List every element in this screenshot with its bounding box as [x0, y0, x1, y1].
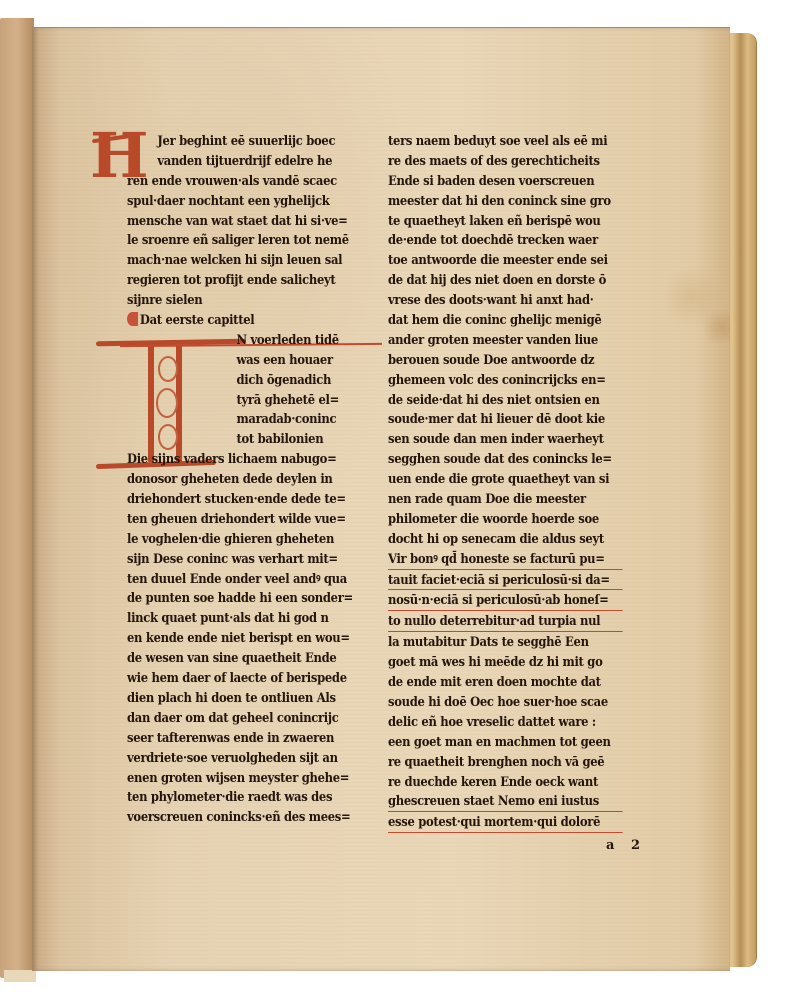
- text-line: soude·mer dat hi lieuer dē doot kie: [388, 409, 623, 429]
- text-line: uen ende die grote quaetheyt van si: [388, 469, 623, 489]
- text-line: re quaetheit brenghen noch vā geē: [388, 752, 623, 772]
- text-line: tyrā ghehetē el=: [127, 390, 357, 410]
- text-line: ten gheuen driehondert wilde vue=: [127, 509, 357, 529]
- text-line: ren ende vrouwen·als vandē scaec: [127, 171, 357, 191]
- text-line: toe antwoorde die meester ende sei: [388, 250, 623, 270]
- text-line: berouen soude Doe antwoorde dz: [388, 350, 623, 370]
- text-line: tot babilonien: [127, 429, 357, 449]
- latin-quotation-line: ghescreuen staet Nemo eni iustus: [388, 791, 623, 812]
- text-line: vrese des doots·want hi anxt had·: [388, 290, 623, 310]
- torn-leaf-fragment: [4, 970, 36, 982]
- text-line: maradab·coninc: [127, 409, 357, 429]
- text-line: linck quaet punt·als dat hi god n: [127, 608, 357, 628]
- latin-quotation-line: tauit faciet·eciā si periculosū·si da=: [388, 570, 623, 591]
- text-line: re des maets of des gerechticheits: [388, 151, 623, 171]
- latin-quotation-line: to nullo deterrebitur·ad turpia nul: [388, 611, 623, 632]
- text-line: seer tafterenwas ende in zwaeren: [127, 728, 357, 748]
- text-line: la mutabitur Dats te segghē Een: [388, 632, 623, 652]
- text-line: sen soude dan men inder waerheyt: [388, 429, 623, 449]
- text-line: re duechde keren Ende oeck want: [388, 772, 623, 792]
- text-line: en kende ende niet berispt en wou=: [127, 628, 357, 648]
- signature-mark: a 2: [606, 838, 646, 853]
- text-line: soude hi doē Oec hoe suer·hoe scae: [388, 692, 623, 712]
- text-line: voerscreuen conincks·eñ des mees=: [127, 807, 357, 827]
- text-line: de punten soe hadde hi een sonder=: [127, 588, 357, 608]
- text-line: de seide·dat hi des niet ontsien en: [388, 390, 623, 410]
- text-line: ten duuel Ende onder veel andꝰ qua: [127, 569, 357, 589]
- text-line: de·ende tot doechdē trecken waer: [388, 230, 623, 250]
- text-line: mach·nae welcken hi sijn leuen sal: [127, 250, 357, 270]
- text-line: de wesen van sine quaetheit Ende: [127, 648, 357, 668]
- paragraph-mark-icon: [127, 312, 138, 326]
- text-line: meester dat hi den coninck sine gro: [388, 191, 623, 211]
- text-line: verdriete·soe veruolgheden sijt an: [127, 748, 357, 768]
- left-text-column: Jer beghint eē suuerlijc boec vanden tij…: [127, 131, 377, 827]
- text-line: enen groten wijsen meyster ghehe=: [127, 768, 357, 788]
- text-line: mensche van wat staet dat hi si·ve=: [127, 211, 357, 231]
- text-line: dich ōgenadich: [127, 370, 357, 390]
- text-line: spul·daer nochtant een yghelijck: [127, 191, 357, 211]
- text-line: driehondert stucken·ende dede te=: [127, 489, 357, 509]
- chapter-heading-text: Dat eerste capittel: [140, 312, 254, 327]
- text-line: goet mā wes hi meēde dz hi mit go: [388, 652, 623, 672]
- book-photograph: H Jer beghint eē suuerlijc boec vanden t…: [0, 0, 804, 1000]
- text-line: philometer die woorde hoerde soe: [388, 509, 623, 529]
- text-line: dan daer om dat geheel conincrijc: [127, 708, 357, 728]
- text-line: ten phylometer·die raedt was des: [127, 787, 357, 807]
- text-line: vanden tijtuerdrijf edelre he: [127, 151, 357, 171]
- text-line: nen rade quam Doe die meester: [388, 489, 623, 509]
- text-line: Die sijns vaders lichaem nabugo=: [127, 449, 357, 469]
- text-line: wie hem daer of laecte of berispede: [127, 668, 357, 688]
- text-line: segghen soude dat des conincks le=: [388, 449, 623, 469]
- facing-leaf-edge: [0, 18, 34, 978]
- text-line: Jer beghint eē suuerlijc boec: [127, 131, 357, 151]
- latin-quotation-line: esse potest·qui mortem·qui dolorē: [388, 812, 623, 833]
- text-line: docht hi op senecam die aldus seyt: [388, 529, 623, 549]
- text-line: sijn Dese coninc was verhart mit=: [127, 549, 357, 569]
- text-line: dien plach hi doen te ontliuen Als: [127, 688, 357, 708]
- right-text-column: ters naem beduyt soe veel als eē mi re d…: [388, 131, 643, 833]
- text-line: dat hem die coninc ghelijc menigē: [388, 310, 623, 330]
- text-line: delic eñ hoe vreselic dattet ware :: [388, 712, 623, 732]
- latin-quotation-line: nosū·n·eciā si periculosū·ab honeſ=: [388, 590, 623, 611]
- text-line: donosor gheheten dede deylen in: [127, 469, 357, 489]
- text-line: le sroenre eñ saliger leren tot nemē: [127, 230, 357, 250]
- text-line: regieren tot profijt ende salicheyt: [127, 270, 357, 290]
- text-line: ghemeen volc des conincrijcks en=: [388, 370, 623, 390]
- text-line: N voerleden tidē: [127, 330, 357, 350]
- text-line: ander groten meester vanden liue: [388, 330, 623, 350]
- text-line: de dat hij des niet doen en dorste ō: [388, 270, 623, 290]
- text-line: de ende mit eren doen mochte dat: [388, 672, 623, 692]
- text-line: te quaetheyt laken eñ berispē wou: [388, 211, 623, 231]
- text-line: ters naem beduyt soe veel als eē mi: [388, 131, 623, 151]
- text-line: sijnre sielen: [127, 290, 357, 310]
- text-line: een goet man en machmen tot geen: [388, 732, 623, 752]
- text-line: Ende si baden desen voerscreuen: [388, 171, 623, 191]
- chapter-heading: Dat eerste capittel: [127, 310, 357, 330]
- text-line: le voghelen·die ghieren gheheten: [127, 529, 357, 549]
- latin-quotation-line: Vir bonꝰ qd̄ honeste se facturū pu=: [388, 549, 623, 570]
- text-line: was een houaer: [127, 350, 357, 370]
